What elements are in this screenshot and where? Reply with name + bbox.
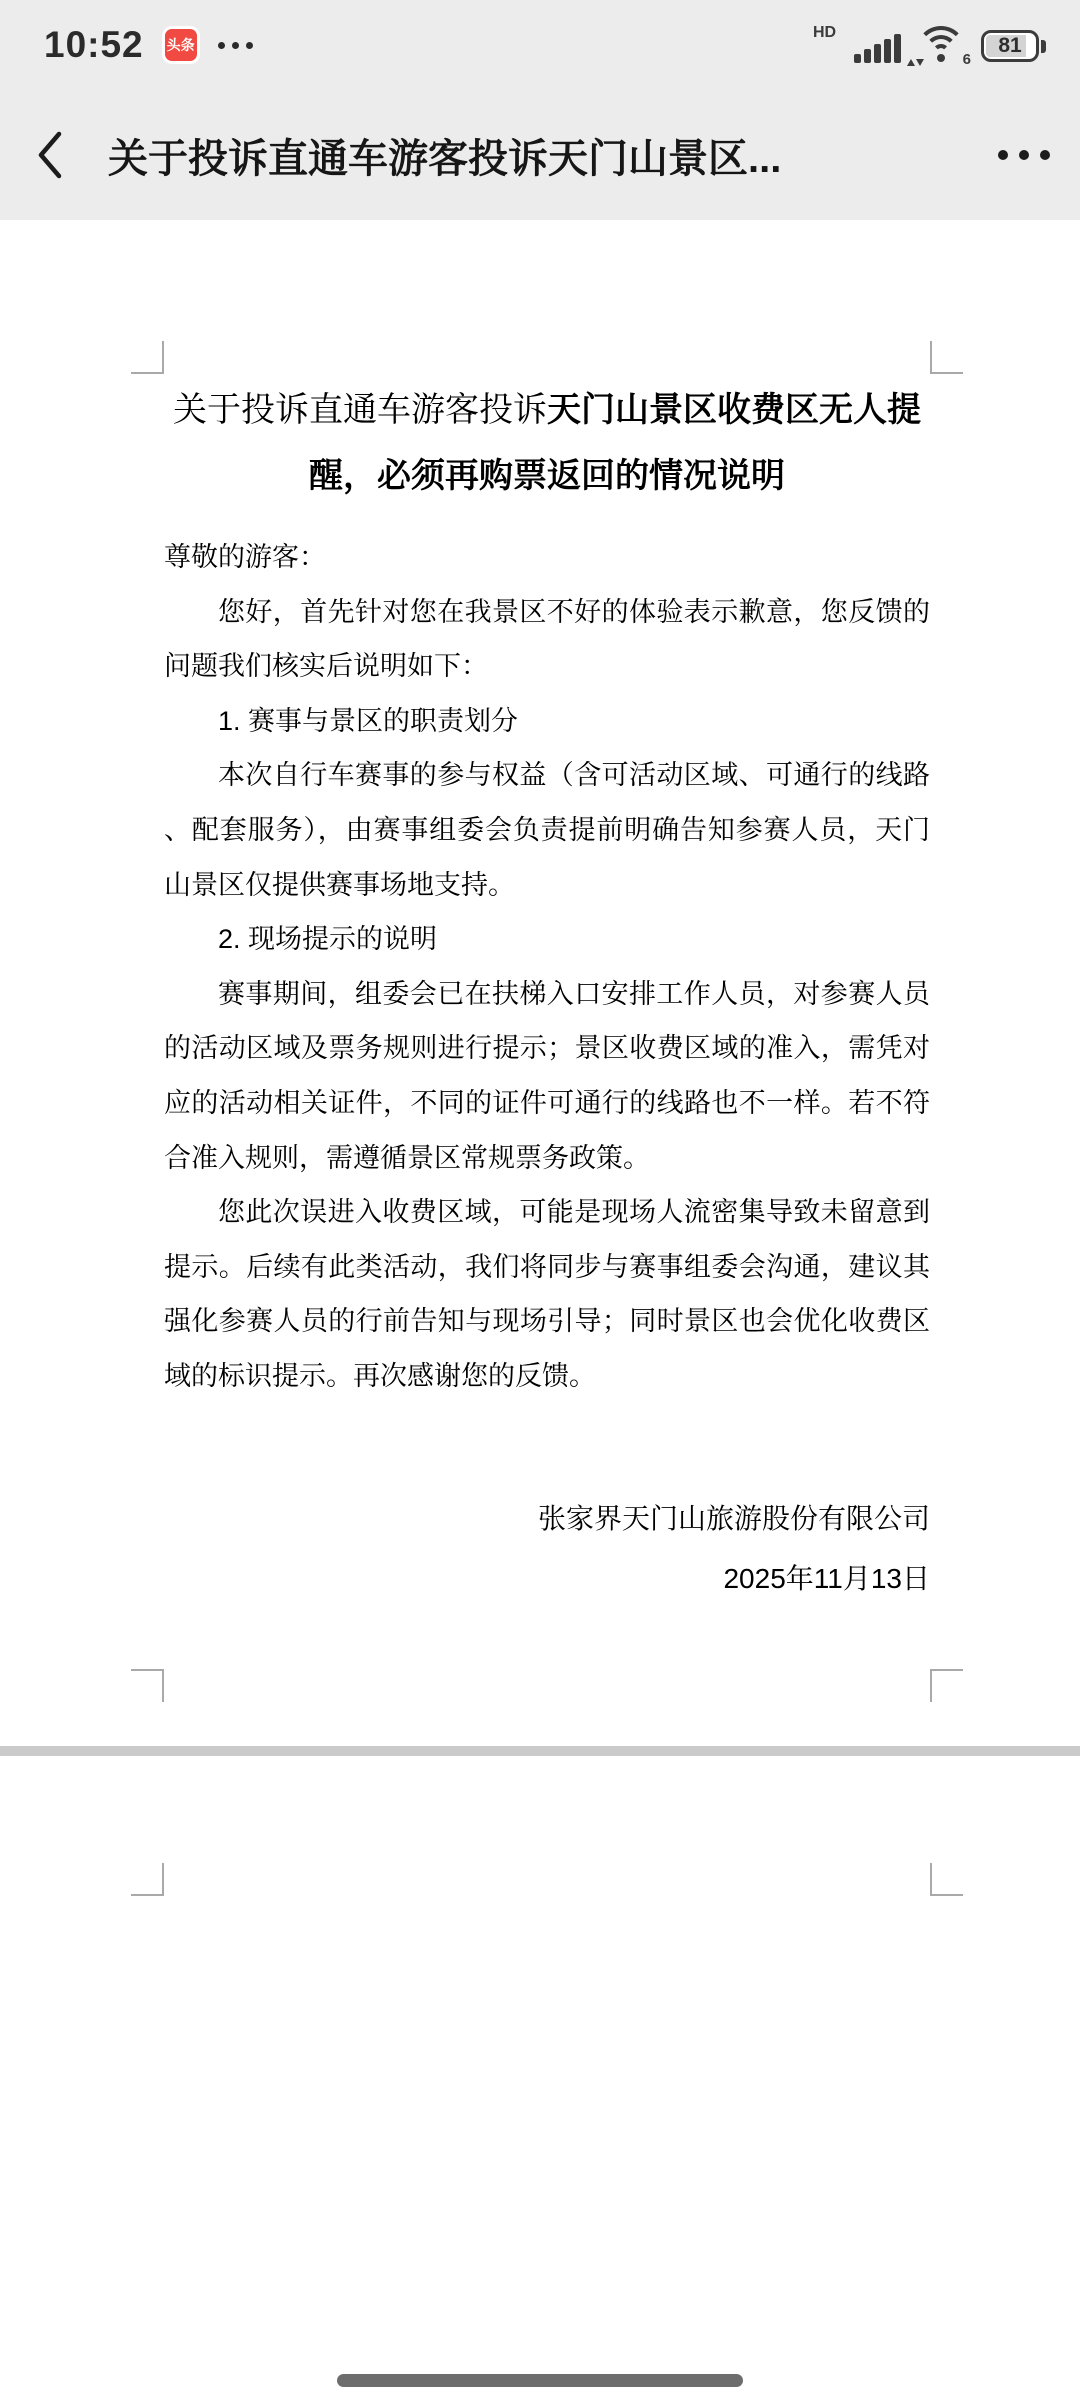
signal-bars-icon xyxy=(854,34,901,63)
more-options-button[interactable] xyxy=(987,150,1050,160)
document-line: 山景区仅提供赛事场地支持。 xyxy=(164,858,930,913)
document-line: 合准入规则，需遵循景区常规票务政策。 xyxy=(164,1131,930,1186)
battery-nub xyxy=(1041,40,1046,53)
document-line: 赛事期间，组委会已在扶梯入口安排工作人员，对参赛人员 xyxy=(164,967,930,1022)
document-line: 本次自行车赛事的参与权益（含可活动区域、可通行的线路 xyxy=(164,748,930,803)
document-line: 您好，首先针对您在我景区不好的体验表示歉意，您反馈的 xyxy=(164,585,930,640)
status-bar: 10:52 头条 HD 6 81 xyxy=(0,0,1080,90)
document-line: 尊敬的游客： xyxy=(164,530,930,585)
status-bar-right: HD 6 81 xyxy=(813,24,1046,66)
document-line: 的活动区域及票务规则进行提示；景区收费区域的准入，需凭对 xyxy=(164,1021,930,1076)
document-body: 尊敬的游客：您好，首先针对您在我景区不好的体验表示歉意，您反馈的问题我们核实后说… xyxy=(164,530,930,1404)
document-line: 、配套服务），由赛事组委会负责提前明确告知参赛人员，天门 xyxy=(164,803,930,858)
corner-mark-top-left xyxy=(131,1863,164,1896)
wifi-traffic-arrows-icon xyxy=(907,59,924,66)
phone-screen: 10:52 头条 HD 6 81 xyxy=(0,0,1080,2400)
corner-mark-top-right xyxy=(930,1863,963,1896)
hd-volte-label: HD xyxy=(813,24,836,42)
document-line: 问题我们核实后说明如下： xyxy=(164,639,930,694)
more-notifications-icon xyxy=(218,36,253,54)
corner-mark-bottom-right xyxy=(930,1669,963,1702)
chevron-left-icon xyxy=(36,130,64,180)
battery-icon: 81 xyxy=(981,30,1046,62)
wifi-icon: 6 xyxy=(915,24,967,66)
document-viewer[interactable]: 关于投诉直通车游客投诉天门山景区收费区无人提醒，必须再购票返回的情况说明 尊敬的… xyxy=(0,220,1080,2400)
corner-mark-top-right xyxy=(930,341,963,374)
document-line: 2. 现场提示的说明 xyxy=(164,912,930,967)
wifi6-label: 6 xyxy=(963,51,971,68)
corner-mark-top-left xyxy=(131,341,164,374)
document-title: 关于投诉直通车游客投诉天门山景区收费区无人提醒，必须再购票返回的情况说明 xyxy=(164,377,930,509)
document-page-2 xyxy=(0,1756,1080,2400)
document-date: 2025年11月13日 xyxy=(164,1552,930,1607)
battery-percent: 81 xyxy=(984,33,1036,59)
nav-bar: 关于投诉直通车游客投诉天门山景区... xyxy=(0,90,1080,220)
home-indicator[interactable] xyxy=(337,2374,743,2387)
document-line: 提示。后续有此类活动，我们将同步与赛事组委会沟通，建议其 xyxy=(164,1240,930,1295)
back-button[interactable] xyxy=(36,130,76,180)
document-title-normal: 关于投诉直通车游客投诉 xyxy=(173,391,547,429)
document-line: 域的标识提示。再次感谢您的反馈。 xyxy=(164,1349,930,1404)
page-divider xyxy=(0,1746,1080,1756)
toutiao-notification-icon: 头条 xyxy=(162,26,200,64)
signature: 张家界天门山旅游股份有限公司 xyxy=(164,1492,930,1547)
document-line: 您此次误进入收费区域，可能是现场人流密集导致未留意到 xyxy=(164,1185,930,1240)
status-time: 10:52 xyxy=(44,24,144,66)
document-line: 应的活动相关证件，不同的证件可通行的线路也不一样。若不符 xyxy=(164,1076,930,1131)
document-page-1: 关于投诉直通车游客投诉天门山景区收费区无人提醒，必须再购票返回的情况说明 尊敬的… xyxy=(0,220,1080,1746)
page-title: 关于投诉直通车游客投诉天门山景区... xyxy=(108,127,967,184)
toutiao-badge-label: 头条 xyxy=(165,29,197,61)
status-bar-left: 10:52 头条 xyxy=(44,24,253,66)
document-line: 强化参赛人员的行前告知与现场引导；同时景区也会优化收费区 xyxy=(164,1294,930,1349)
cellular-signal-icon: HD xyxy=(813,24,901,66)
document-line: 1. 赛事与景区的职责划分 xyxy=(164,694,930,749)
corner-mark-bottom-left xyxy=(131,1669,164,1702)
